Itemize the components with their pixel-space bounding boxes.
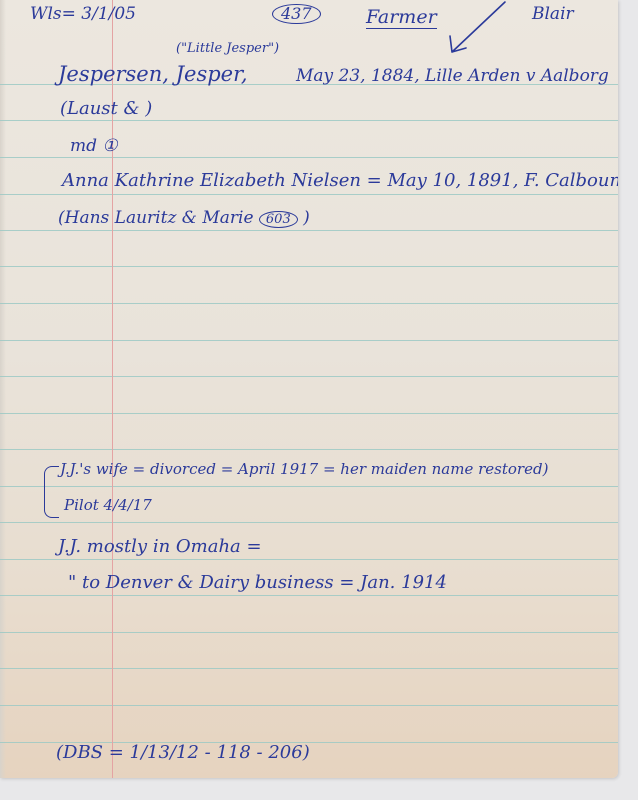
ruled-line (0, 486, 618, 487)
spouse-ref-circle: 603 (259, 211, 298, 228)
note-bracket (44, 466, 59, 518)
torn-binding-edge (0, 0, 6, 778)
arrow-icon (440, 0, 510, 60)
ruled-line (0, 668, 618, 669)
spouse-parents-close: ) (303, 208, 310, 228)
notebook-page: Wls= 3/1/05 437 Farmer Blair ("Little Je… (0, 0, 618, 778)
occupation-text: Farmer (366, 6, 437, 29)
ruled-line (0, 413, 618, 414)
birth-details: May 23, 1884, Lille Arden v Aalborg (296, 68, 609, 85)
footer-reference: (DBS = 1/13/12 - 118 - 206) (56, 744, 310, 762)
spouse-parents: (Hans Lauritz & Marie 603 ) (58, 210, 310, 228)
ruled-line (0, 194, 618, 195)
note-divorce: J.J.'s wife = divorced = April 1917 = he… (60, 462, 548, 477)
ruled-line (0, 376, 618, 377)
ruled-line (0, 559, 618, 560)
occupation: Farmer (366, 8, 437, 27)
ruled-line (0, 522, 618, 523)
parents: (Laust & ) (60, 100, 152, 118)
header-left-note: Wls= 3/1/05 (30, 6, 136, 23)
note-denver: " to Denver & Dairy business = Jan. 1914 (68, 574, 447, 592)
location: Blair (532, 6, 574, 23)
ruled-line (0, 595, 618, 596)
ruled-line (0, 266, 618, 267)
ruled-line (0, 157, 618, 158)
record-number-circle: 437 (272, 4, 321, 24)
ruled-line (0, 705, 618, 706)
ruled-line (0, 340, 618, 341)
person-name: Jespersen, Jesper, (58, 64, 248, 85)
note-omaha: J.J. mostly in Omaha = (58, 538, 262, 556)
ruled-line (0, 303, 618, 304)
nickname: ("Little Jesper") (176, 42, 279, 55)
ruled-line (0, 230, 618, 231)
note-pilot: Pilot 4/4/17 (64, 498, 152, 513)
spouse-parents-text: (Hans Lauritz & Marie (58, 208, 254, 228)
record-number: 437 (272, 4, 321, 24)
ruled-line (0, 449, 618, 450)
ruled-line (0, 120, 618, 121)
spouse: Anna Kathrine Elizabeth Nielsen = May 10… (62, 172, 618, 190)
married-label: md ① (70, 138, 118, 155)
ruled-line (0, 632, 618, 633)
